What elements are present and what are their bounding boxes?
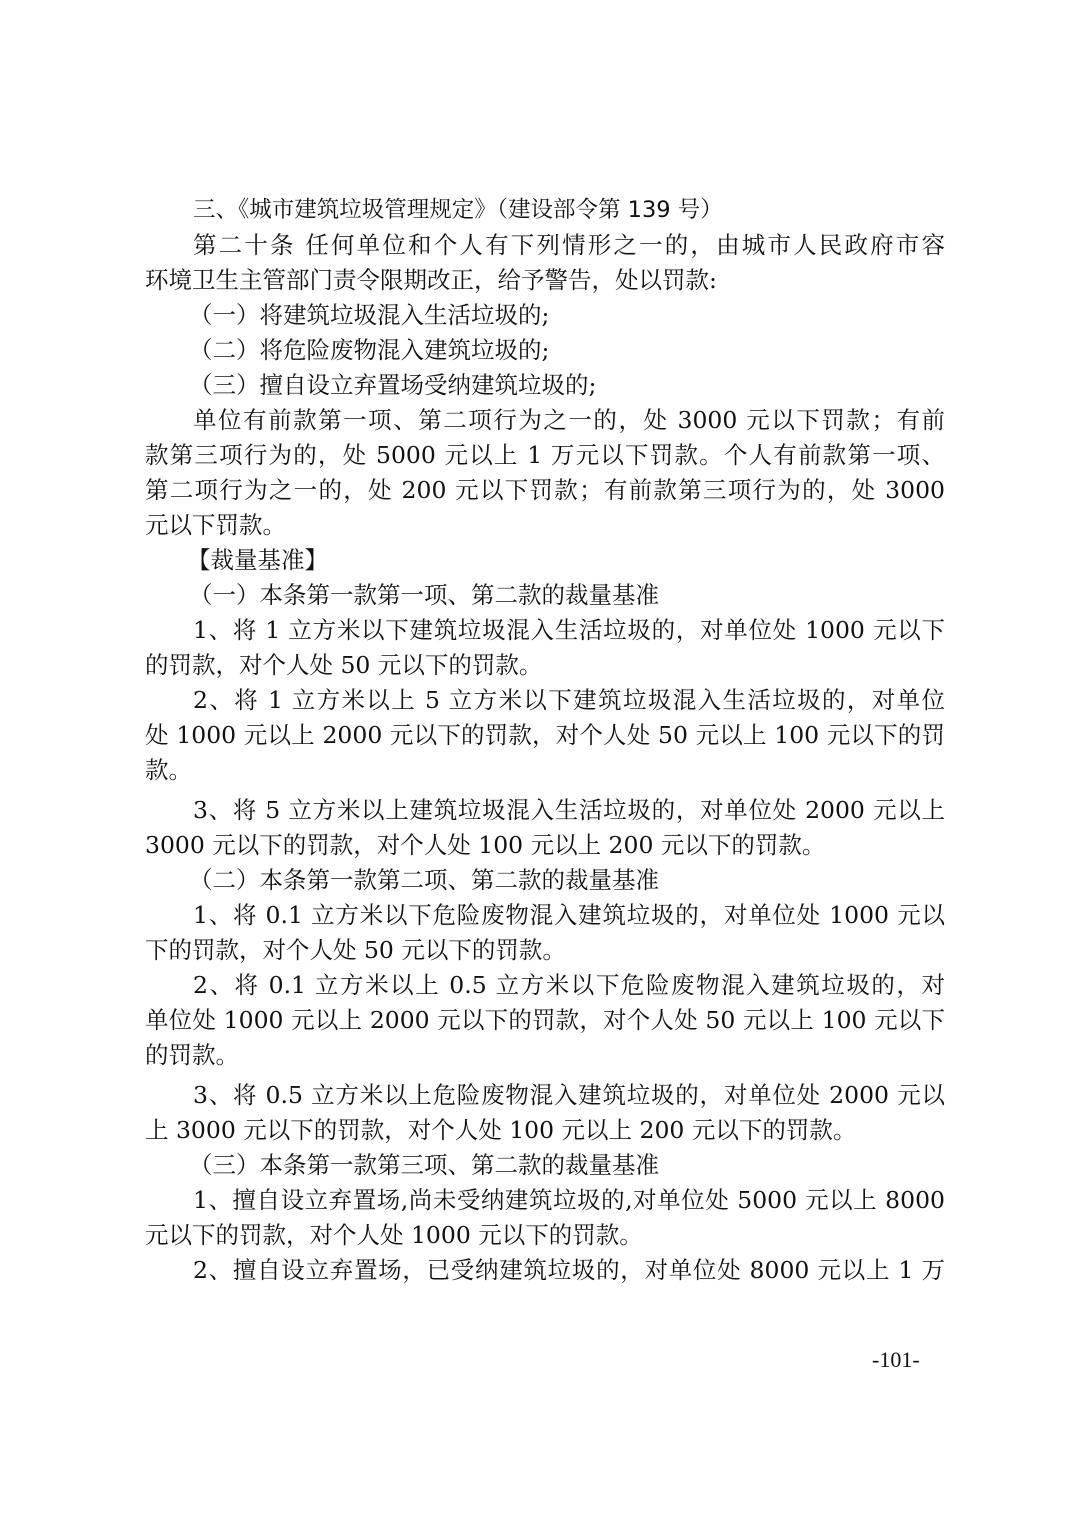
text-line: （二）将危险废物混入建筑垃圾的; — [189, 333, 945, 367]
text-line: 1、将 1 立方米以下建筑垃圾混入生活垃圾的，对单位处 1000 元以下 — [193, 613, 945, 647]
text-line: 单位处 1000 元以上 2000 元以下的罚款，对个人处 50 元以上 100… — [145, 1003, 945, 1037]
text-line: 款第三项行为的，处 5000 元以上 1 万元以下罚款。个人有前款第一项、 — [145, 438, 945, 472]
text-line: （三）本条第一款第三项、第二款的裁量基准 — [189, 1148, 945, 1182]
text-line: 下的罚款，对个人处 50 元以下的罚款。 — [145, 933, 945, 967]
text-line: 第二十条 任何单位和个人有下列情形之一的，由城市人民政府市容 — [193, 228, 945, 262]
text-line: 2、将 0.1 立方米以上 0.5 立方米以下危险废物混入建筑垃圾的，对 — [193, 968, 945, 1002]
text-line: 3、将 0.5 立方米以上危险废物混入建筑垃圾的，对单位处 2000 元以 — [193, 1078, 945, 1112]
text-line: 元以下的罚款，对个人处 1000 元以下的罚款。 — [145, 1218, 945, 1252]
text-line: （三）擅自设立弃置场受纳建筑垃圾的; — [189, 368, 945, 402]
text-line: （一）本条第一款第一项、第二款的裁量基准 — [189, 578, 945, 612]
section-heading: 三、《城市建筑垃圾管理规定》（建设部令第 139 号） — [193, 193, 945, 227]
text-line: 的罚款。 — [145, 1038, 945, 1072]
text-line: 元以下罚款。 — [145, 508, 945, 542]
text-line: 3、将 5 立方米以上建筑垃圾混入生活垃圾的，对单位处 2000 元以上 — [193, 793, 945, 827]
text-line: 的罚款，对个人处 50 元以下的罚款。 — [145, 648, 945, 682]
text-line: （二）本条第一款第二项、第二款的裁量基准 — [189, 863, 945, 897]
text-line: 3000 元以下的罚款，对个人处 100 元以上 200 元以下的罚款。 — [145, 828, 945, 862]
text-line: 单位有前款第一项、第二项行为之一的，处 3000 元以下罚款；有前 — [193, 403, 945, 437]
text-line: 【裁量基准】 — [187, 543, 945, 577]
text-line: 款。 — [145, 753, 945, 787]
text-line: 环境卫生主管部门责令限期改正，给予警告，处以罚款: — [145, 263, 945, 297]
text-line: 2、擅自设立弃置场，已受纳建筑垃圾的，对单位处 8000 元以上 1 万 — [193, 1253, 945, 1287]
page-number: -101- — [872, 1347, 920, 1373]
text-line: 1、将 0.1 立方米以下危险废物混入建筑垃圾的，对单位处 1000 元以 — [193, 898, 945, 932]
text-line: 1、擅自设立弃置场,尚未受纳建筑垃圾的,对单位处 5000 元以上 8000 — [193, 1183, 945, 1217]
text-line: 上 3000 元以下的罚款，对个人处 100 元以上 200 元以下的罚款。 — [145, 1113, 945, 1147]
text-line: 处 1000 元以上 2000 元以下的罚款，对个人处 50 元以上 100 元… — [145, 718, 945, 752]
text-line: （一）将建筑垃圾混入生活垃圾的; — [189, 298, 945, 332]
text-line: 第二项行为之一的，处 200 元以下罚款；有前款第三项行为的，处 3000 — [145, 473, 945, 507]
text-line: 2、将 1 立方米以上 5 立方米以下建筑垃圾混入生活垃圾的，对单位 — [193, 683, 945, 717]
